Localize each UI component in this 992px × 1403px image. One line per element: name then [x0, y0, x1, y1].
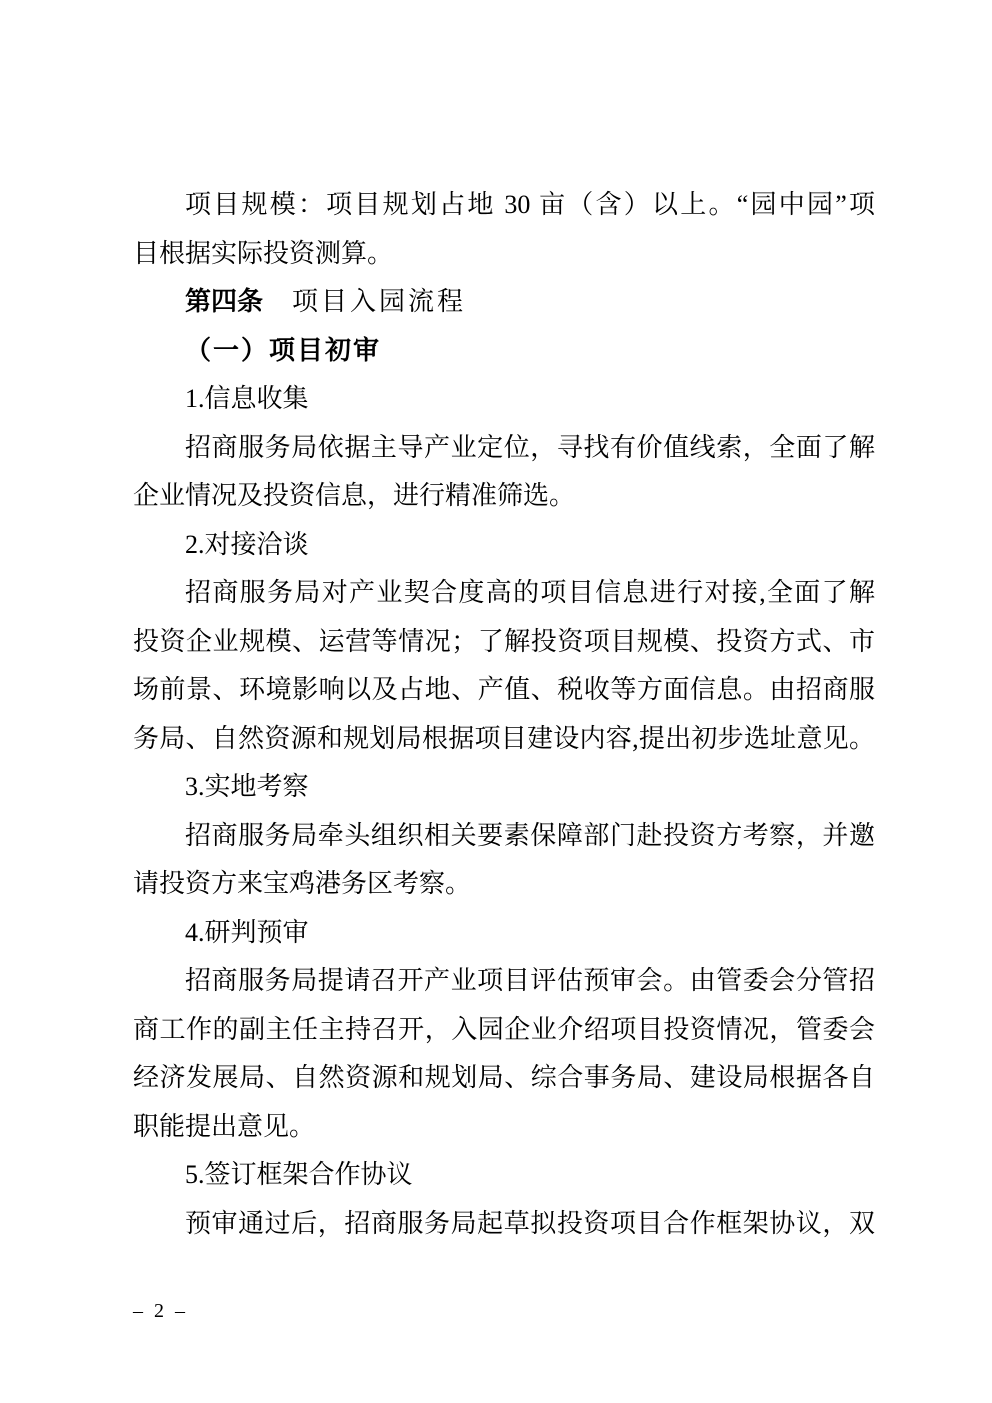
text-line: 2.对接洽谈 — [133, 521, 875, 570]
text-line: 项目规模：项目规划占地 30 亩（含）以上。“园中园”项 — [133, 181, 875, 230]
text-segment: 2.对接洽谈 — [185, 530, 309, 559]
text-segment: 项目入园流程 — [263, 287, 466, 316]
text-segment: 商工作的副主任主持召开，入园企业介绍项目投资情况，管委会 — [133, 1015, 875, 1044]
heading-line: （一）项目初审 — [133, 327, 875, 376]
text-line: 招商服务局依据主导产业定位，寻找有价值线索，全面了解 — [133, 424, 875, 473]
heading-line: 第四条 项目入园流程 — [133, 278, 875, 327]
text-segment: 请投资方来宝鸡港务区考察。 — [133, 869, 471, 898]
text-line: 预审通过后，招商服务局起草拟投资项目合作框架协议，双 — [133, 1200, 875, 1249]
text-segment: 招商服务局对产业契合度高的项目信息进行对接,全面了解 — [185, 578, 875, 607]
text-segment: 项目规模：项目规划占地 30 亩（含）以上。“园中园”项 — [185, 190, 875, 219]
text-line: 投资企业规模、运营等情况；了解投资项目规模、投资方式、市 — [133, 618, 875, 667]
page-number: – 2 – — [133, 1296, 188, 1326]
text-segment: 1.信息收集 — [185, 384, 309, 413]
text-segment: 招商服务局牵头组织相关要素保障部门赴投资方考察，并邀 — [185, 821, 875, 850]
text-segment: 务局、自然资源和规划局根据项目建设内容,提出初步选址意见。 — [133, 724, 875, 753]
text-segment: 场前景、环境影响以及占地、产值、税收等方面信息。由招商服 — [133, 675, 875, 704]
text-segment: （一）项目初审 — [185, 336, 381, 365]
text-line: 请投资方来宝鸡港务区考察。 — [133, 860, 875, 909]
text-segment: 4.研判预审 — [185, 918, 309, 947]
text-line: 目根据实际投资测算。 — [133, 230, 875, 279]
text-line: 企业情况及投资信息，进行精准筛选。 — [133, 472, 875, 521]
text-line: 经济发展局、自然资源和规划局、综合事务局、建设局根据各自 — [133, 1054, 875, 1103]
text-line: 招商服务局对产业契合度高的项目信息进行对接,全面了解 — [133, 569, 875, 618]
text-segment: 职能提出意见。 — [133, 1112, 315, 1141]
document-body: 项目规模：项目规划占地 30 亩（含）以上。“园中园”项目根据实际投资测算。第四… — [133, 181, 875, 1248]
text-line: 3.实地考察 — [133, 763, 875, 812]
document-page: 项目规模：项目规划占地 30 亩（含）以上。“园中园”项目根据实际投资测算。第四… — [0, 0, 992, 1403]
text-line: 场前景、环境影响以及占地、产值、税收等方面信息。由招商服 — [133, 666, 875, 715]
text-segment: 投资企业规模、运营等情况；了解投资项目规模、投资方式、市 — [133, 627, 875, 656]
text-line: 招商服务局提请召开产业项目评估预审会。由管委会分管招 — [133, 957, 875, 1006]
text-segment: 招商服务局依据主导产业定位，寻找有价值线索，全面了解 — [185, 433, 875, 462]
text-line: 5.签订框架合作协议 — [133, 1151, 875, 1200]
text-line: 1.信息收集 — [133, 375, 875, 424]
heading-bold-text: 第四条 — [185, 287, 263, 316]
text-line: 职能提出意见。 — [133, 1103, 875, 1152]
text-segment: 企业情况及投资信息，进行精准筛选。 — [133, 481, 575, 510]
text-line: 4.研判预审 — [133, 909, 875, 958]
text-segment: 经济发展局、自然资源和规划局、综合事务局、建设局根据各自 — [133, 1063, 875, 1092]
text-line: 招商服务局牵头组织相关要素保障部门赴投资方考察，并邀 — [133, 812, 875, 861]
text-segment: 招商服务局提请召开产业项目评估预审会。由管委会分管招 — [185, 966, 875, 995]
text-line: 务局、自然资源和规划局根据项目建设内容,提出初步选址意见。 — [133, 715, 875, 764]
text-segment: 3.实地考察 — [185, 772, 309, 801]
text-line: 商工作的副主任主持召开，入园企业介绍项目投资情况，管委会 — [133, 1006, 875, 1055]
text-segment: 5.签订框架合作协议 — [185, 1160, 413, 1189]
text-segment: 目根据实际投资测算。 — [133, 239, 393, 268]
text-segment: 预审通过后，招商服务局起草拟投资项目合作框架协议，双 — [185, 1209, 875, 1238]
